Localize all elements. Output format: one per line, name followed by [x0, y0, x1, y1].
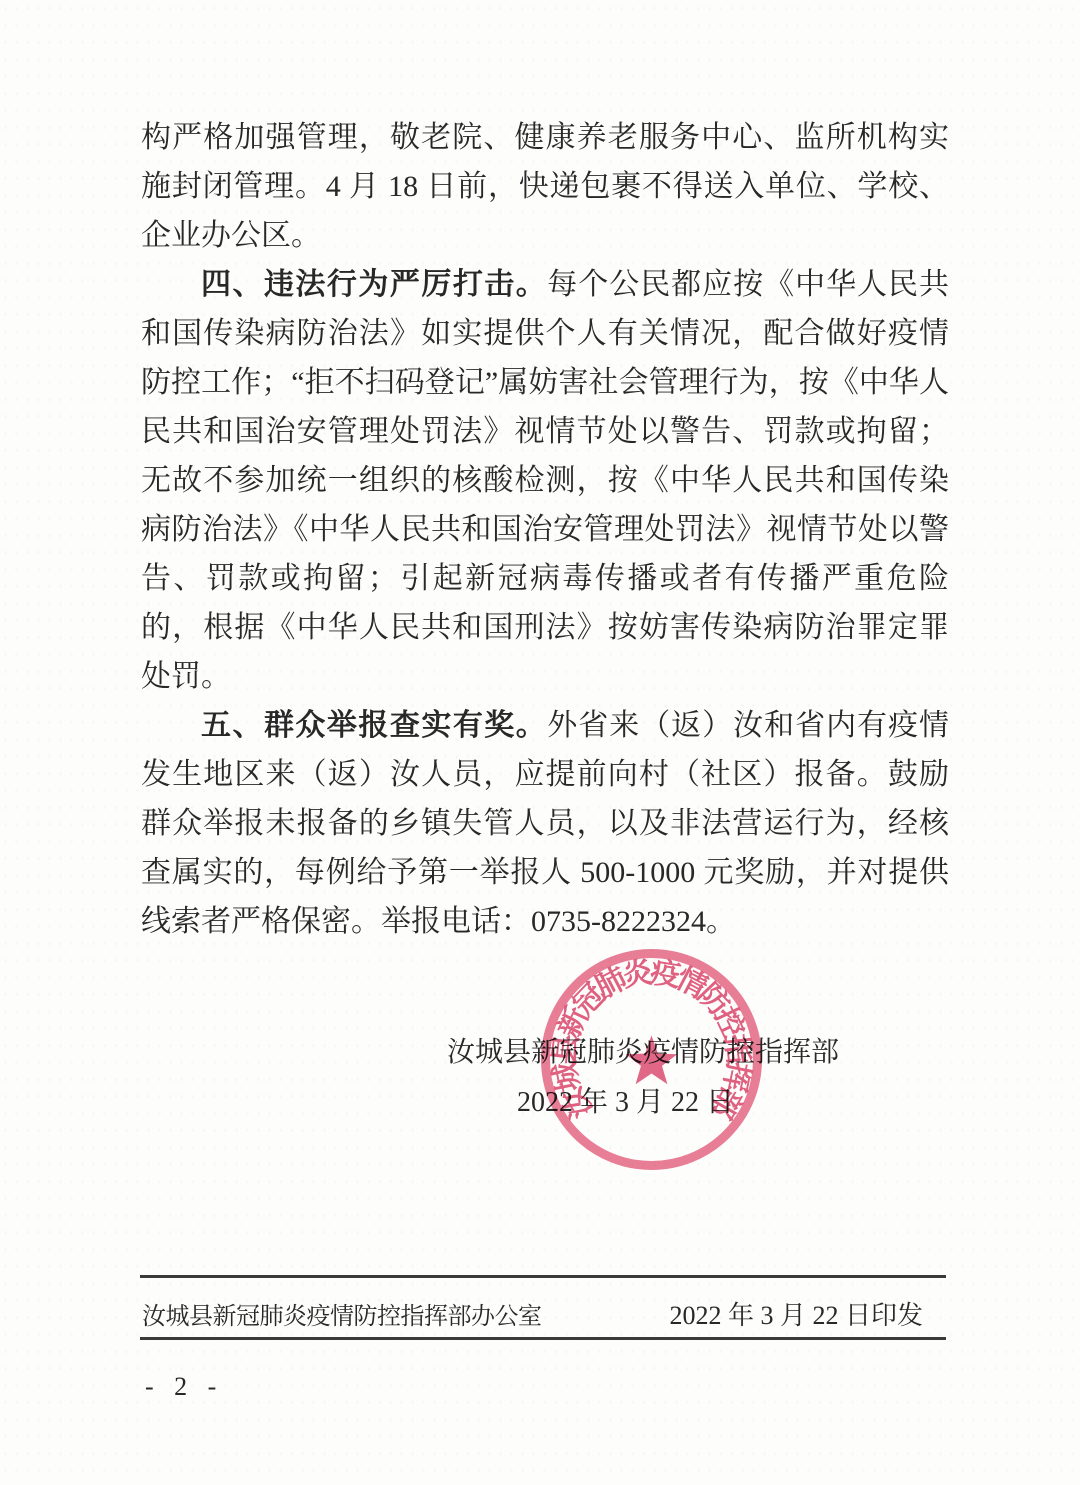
page-number: - 2 -: [145, 1372, 223, 1402]
document-page: 构严格加强管理，敬老院、健康养老服务中心、监所机构实施封闭管理。4 月 18 日…: [0, 0, 1080, 1485]
section-heading-4: 四、违法行为严厉打击。: [201, 268, 547, 301]
paragraph-section-4: 四、违法行为严厉打击。每个公民都应按《中华人民共和国传染病防治法》如实提供个人有…: [141, 260, 949, 701]
footer-top-rule: [140, 1275, 946, 1278]
paragraph-section-5: 五、群众举报查实有奖。外省来（返）汝和省内有疫情发生地区来（返）汝人员，应提前向…: [141, 701, 949, 946]
paragraph-continuation: 构严格加强管理，敬老院、健康养老服务中心、监所机构实施封闭管理。4 月 18 日…: [141, 113, 949, 260]
paragraph-text: 每个公民都应按《中华人民共和国传染病防治法》如实提供个人有关情况，配合做好疫情防…: [141, 268, 949, 693]
document-body: 构严格加强管理，敬老院、健康养老服务中心、监所机构实施封闭管理。4 月 18 日…: [141, 113, 949, 946]
footer-office: 汝城县新冠肺炎疫情防控指挥部办公室: [142, 1296, 542, 1331]
footer-bottom-rule: [140, 1337, 946, 1340]
footer: 汝城县新冠肺炎疫情防控指挥部办公室 2022 年 3 月 22 日印发: [142, 1295, 923, 1332]
footer-print-date: 2022 年 3 月 22 日印发: [669, 1295, 923, 1332]
paragraph-text: 外省来（返）汝和省内有疫情发生地区来（返）汝人员，应提前向村（社区）报备。鼓励群…: [141, 709, 949, 938]
paragraph-text: 构严格加强管理，敬老院、健康养老服务中心、监所机构实施封闭管理。4 月 18 日…: [141, 121, 949, 252]
section-heading-5: 五、群众举报查实有奖。: [201, 709, 547, 742]
official-seal: 汝城县新冠肺炎疫情防控指挥部: [531, 939, 772, 1180]
seal-star-icon: [626, 1036, 677, 1085]
